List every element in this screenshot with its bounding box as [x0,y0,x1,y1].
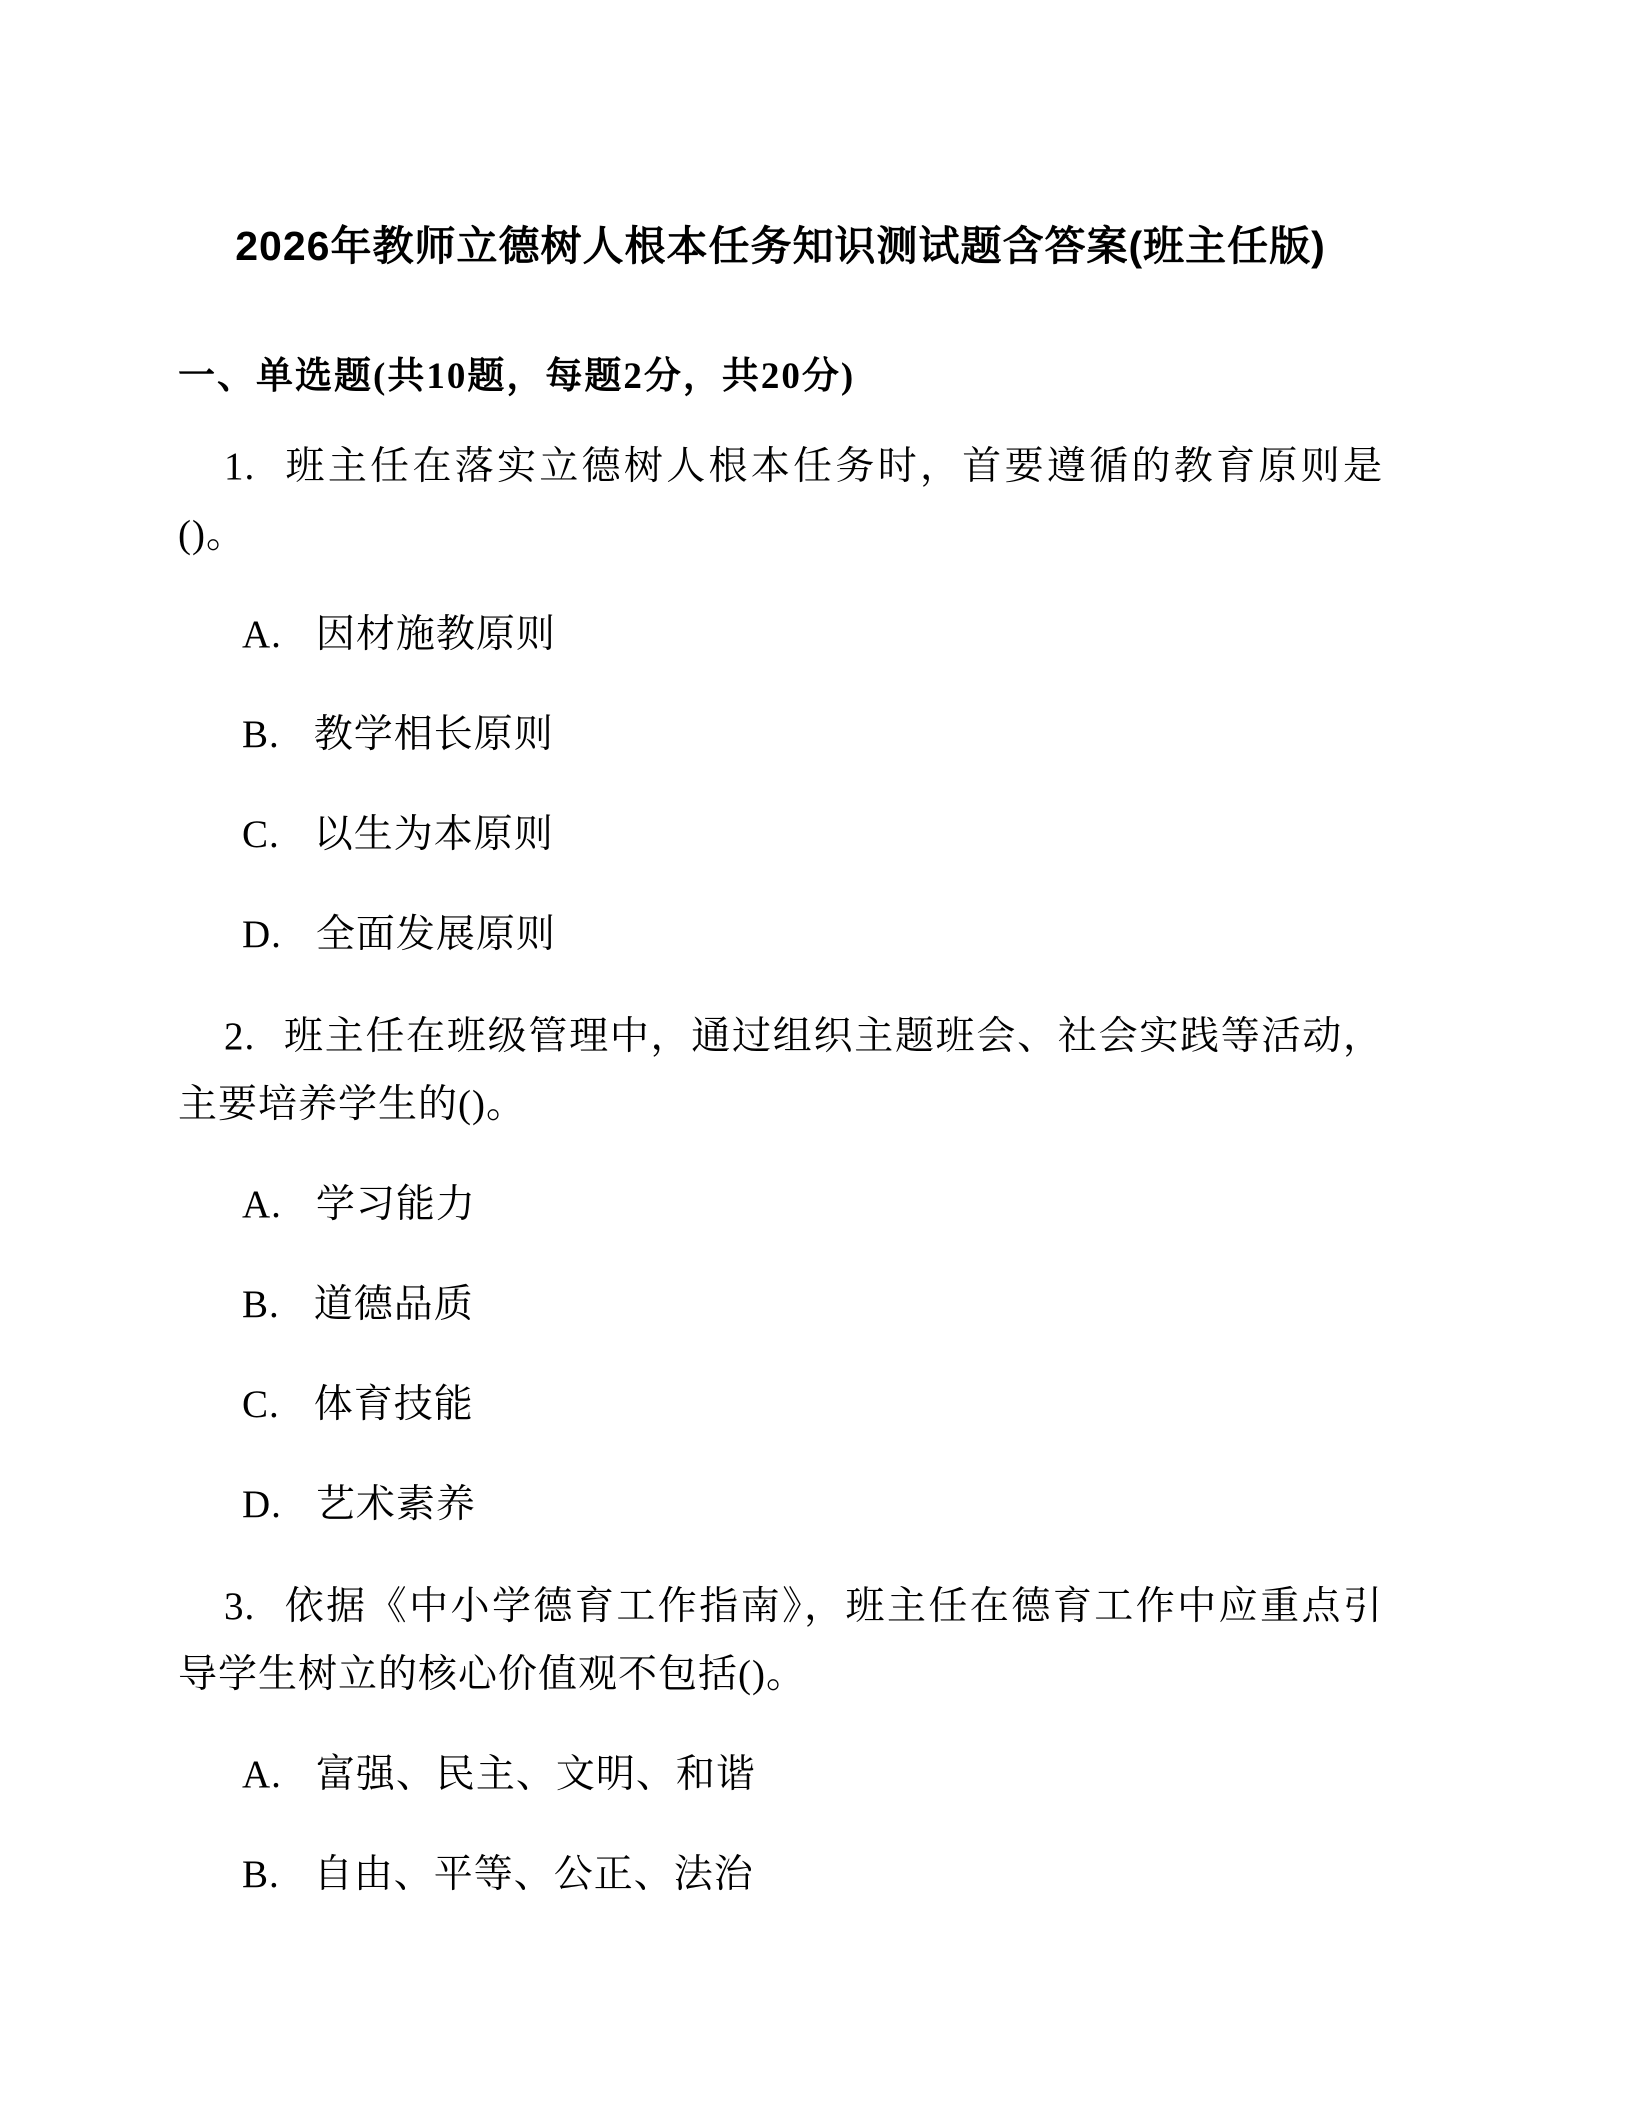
option-text: 体育技能 [314,1383,474,1426]
option-list: A.学习能力 B.道德品质 C.体育技能 D.艺术素养 [178,1171,1383,1539]
section-heading: 一、单选题(共10题，每题2分，共20分) [178,355,1383,399]
option-list: A.因材施教原则 B.教学相长原则 C.以生为本原则 D.全面发展原则 [178,601,1383,969]
option-row: D.全面发展原则 [178,901,1383,969]
question-text: 依据《中小学德育工作指南》，班主任在德育工作中应重点引导学生树立的核心价值观不包… [178,1585,1383,1696]
option-label: C. [242,1383,280,1426]
option-row: B.教学相长原则 [178,701,1383,769]
option-row: A.学习能力 [178,1171,1383,1239]
document-content: 2026年教师立德树人根本任务知识测试题含答案(班主任版) 一、单选题(共10题… [0,0,1631,2112]
option-row: B.道德品质 [178,1271,1383,1339]
option-text: 道德品质 [314,1283,474,1326]
option-label: B. [242,713,280,756]
question-text: 班主任在落实立德树人根本任务时，首要遵循的教育原则是()。 [178,445,1383,556]
question-number: 3. [224,1585,255,1628]
question-number: 1. [224,445,255,488]
question-line: 3.依据《中小学德育工作指南》，班主任在德育工作中应重点引导学生树立的核心价值观… [178,1573,1383,1709]
option-label: A. [242,1183,282,1226]
option-row: A.富强、民主、文明、和谐 [178,1741,1383,1809]
option-label: A. [242,1753,282,1796]
option-text: 以生为本原则 [314,813,554,856]
option-text: 艺术素养 [316,1483,476,1526]
question-line: 2.班主任在班级管理中，通过组织主题班会、社会实践等活动，主要培养学生的()。 [178,1003,1383,1139]
option-text: 富强、民主、文明、和谐 [316,1753,756,1796]
question-list: 1.班主任在落实立德树人根本任务时，首要遵循的教育原则是()。 A.因材施教原则… [178,433,1383,1909]
question-number: 2. [224,1015,255,1058]
question-block: 3.依据《中小学德育工作指南》，班主任在德育工作中应重点引导学生树立的核心价值观… [178,1573,1383,1909]
question-block: 1.班主任在落实立德树人根本任务时，首要遵循的教育原则是()。 A.因材施教原则… [178,433,1383,969]
option-list: A.富强、民主、文明、和谐 B.自由、平等、公正、法治 [178,1741,1383,1909]
option-label: A. [242,613,282,656]
option-row: A.因材施教原则 [178,601,1383,669]
option-row: D.艺术素养 [178,1471,1383,1539]
option-label: C. [242,813,280,856]
option-text: 全面发展原则 [316,913,556,956]
document-page: 2026年教师立德树人根本任务知识测试题含答案(班主任版) 一、单选题(共10题… [0,0,1631,2112]
option-row: C.以生为本原则 [178,801,1383,869]
option-row: C.体育技能 [178,1371,1383,1439]
question-block: 2.班主任在班级管理中，通过组织主题班会、社会实践等活动，主要培养学生的()。 … [178,1003,1383,1539]
option-label: D. [242,1483,282,1526]
option-label: B. [242,1853,280,1896]
option-row: B.自由、平等、公正、法治 [178,1841,1383,1909]
option-label: B. [242,1283,280,1326]
question-text: 班主任在班级管理中，通过组织主题班会、社会实践等活动，主要培养学生的()。 [178,1015,1383,1126]
option-label: D. [242,913,282,956]
option-text: 自由、平等、公正、法治 [314,1853,754,1896]
document-title: 2026年教师立德树人根本任务知识测试题含答案(班主任版) [178,222,1383,270]
option-text: 学习能力 [316,1183,476,1226]
option-text: 因材施教原则 [316,613,556,656]
question-line: 1.班主任在落实立德树人根本任务时，首要遵循的教育原则是()。 [178,433,1383,569]
option-text: 教学相长原则 [314,713,554,756]
